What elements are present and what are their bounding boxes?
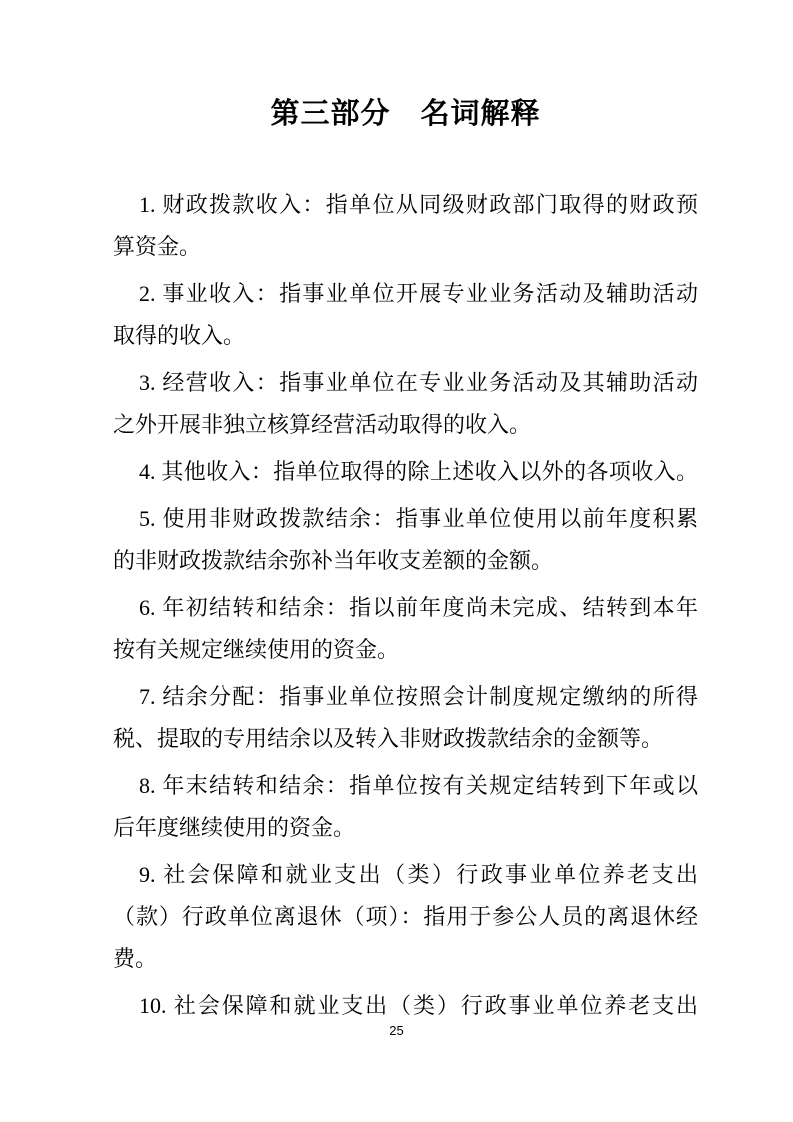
definition-paragraph: 4. 其他收入：指单位取得的除上述收入以外的各项收入。: [113, 451, 698, 493]
paragraph-line: 的非财政拨款结余弥补当年收支差额的金额。: [113, 540, 698, 582]
definition-paragraph: 1. 财政拨款收入：指单位从同级财政部门取得的财政预算资金。: [113, 184, 698, 268]
paragraph-line: 后年度继续使用的资金。: [113, 807, 698, 849]
paragraph-line: 2. 事业收入：指事业单位开展专业业务活动及辅助活动: [113, 273, 698, 315]
paragraph-line: 费。: [113, 938, 698, 980]
paragraph-line: 9. 社会保障和就业支出（类）行政事业单位养老支出: [113, 854, 698, 896]
paragraph-line: 取得的收入。: [113, 315, 698, 357]
definition-paragraph: 10. 社会保障和就业支出（类）行政事业单位养老支出: [113, 985, 698, 1027]
definition-paragraph: 7. 结余分配：指事业单位按照会计制度规定缴纳的所得税、提取的专用结余以及转入非…: [113, 676, 698, 760]
paragraph-line: 6. 年初结转和结余：指以前年度尚未完成、结转到本年: [113, 587, 698, 629]
paragraph-line: 税、提取的专用结余以及转入非财政拨款结余的金额等。: [113, 718, 698, 760]
paragraph-line: 之外开展非独立核算经营活动取得的收入。: [113, 404, 698, 446]
paragraph-line: （款）行政单位离退休（项）：指用于参公人员的离退休经: [113, 896, 698, 938]
paragraph-line: 按有关规定继续使用的资金。: [113, 629, 698, 671]
definition-paragraph: 5. 使用非财政拨款结余：指事业单位使用以前年度积累的非财政拨款结余弥补当年收支…: [113, 498, 698, 582]
paragraph-line: 算资金。: [113, 226, 698, 268]
paragraph-line: 7. 结余分配：指事业单位按照会计制度规定缴纳的所得: [113, 676, 698, 718]
definition-paragraph: 2. 事业收入：指事业单位开展专业业务活动及辅助活动取得的收入。: [113, 273, 698, 357]
paragraph-line: 5. 使用非财政拨款结余：指事业单位使用以前年度积累: [113, 498, 698, 540]
definition-paragraph: 8. 年末结转和结余：指单位按有关规定结转到下年或以后年度继续使用的资金。: [113, 765, 698, 849]
paragraph-line: 3. 经营收入：指事业单位在专业业务活动及其辅助活动: [113, 362, 698, 404]
paragraph-line: 8. 年末结转和结余：指单位按有关规定结转到下年或以: [113, 765, 698, 807]
paragraph-line: 4. 其他收入：指单位取得的除上述收入以外的各项收入。: [113, 451, 698, 493]
paragraph-line: 1. 财政拨款收入：指单位从同级财政部门取得的财政预: [113, 184, 698, 226]
page-number: 25: [0, 1023, 793, 1039]
definition-paragraph: 6. 年初结转和结余：指以前年度尚未完成、结转到本年按有关规定继续使用的资金。: [113, 587, 698, 671]
definition-paragraph: 3. 经营收入：指事业单位在专业业务活动及其辅助活动之外开展非独立核算经营活动取…: [113, 362, 698, 446]
paragraph-line: 10. 社会保障和就业支出（类）行政事业单位养老支出: [113, 985, 698, 1027]
page-title: 第三部分 名词解释: [113, 92, 698, 136]
definition-paragraph: 9. 社会保障和就业支出（类）行政事业单位养老支出（款）行政单位离退休（项）：指…: [113, 854, 698, 980]
document-body: 1. 财政拨款收入：指单位从同级财政部门取得的财政预算资金。2. 事业收入：指事…: [113, 184, 698, 1027]
document-page: 第三部分 名词解释 1. 财政拨款收入：指单位从同级财政部门取得的财政预算资金。…: [0, 0, 793, 1122]
